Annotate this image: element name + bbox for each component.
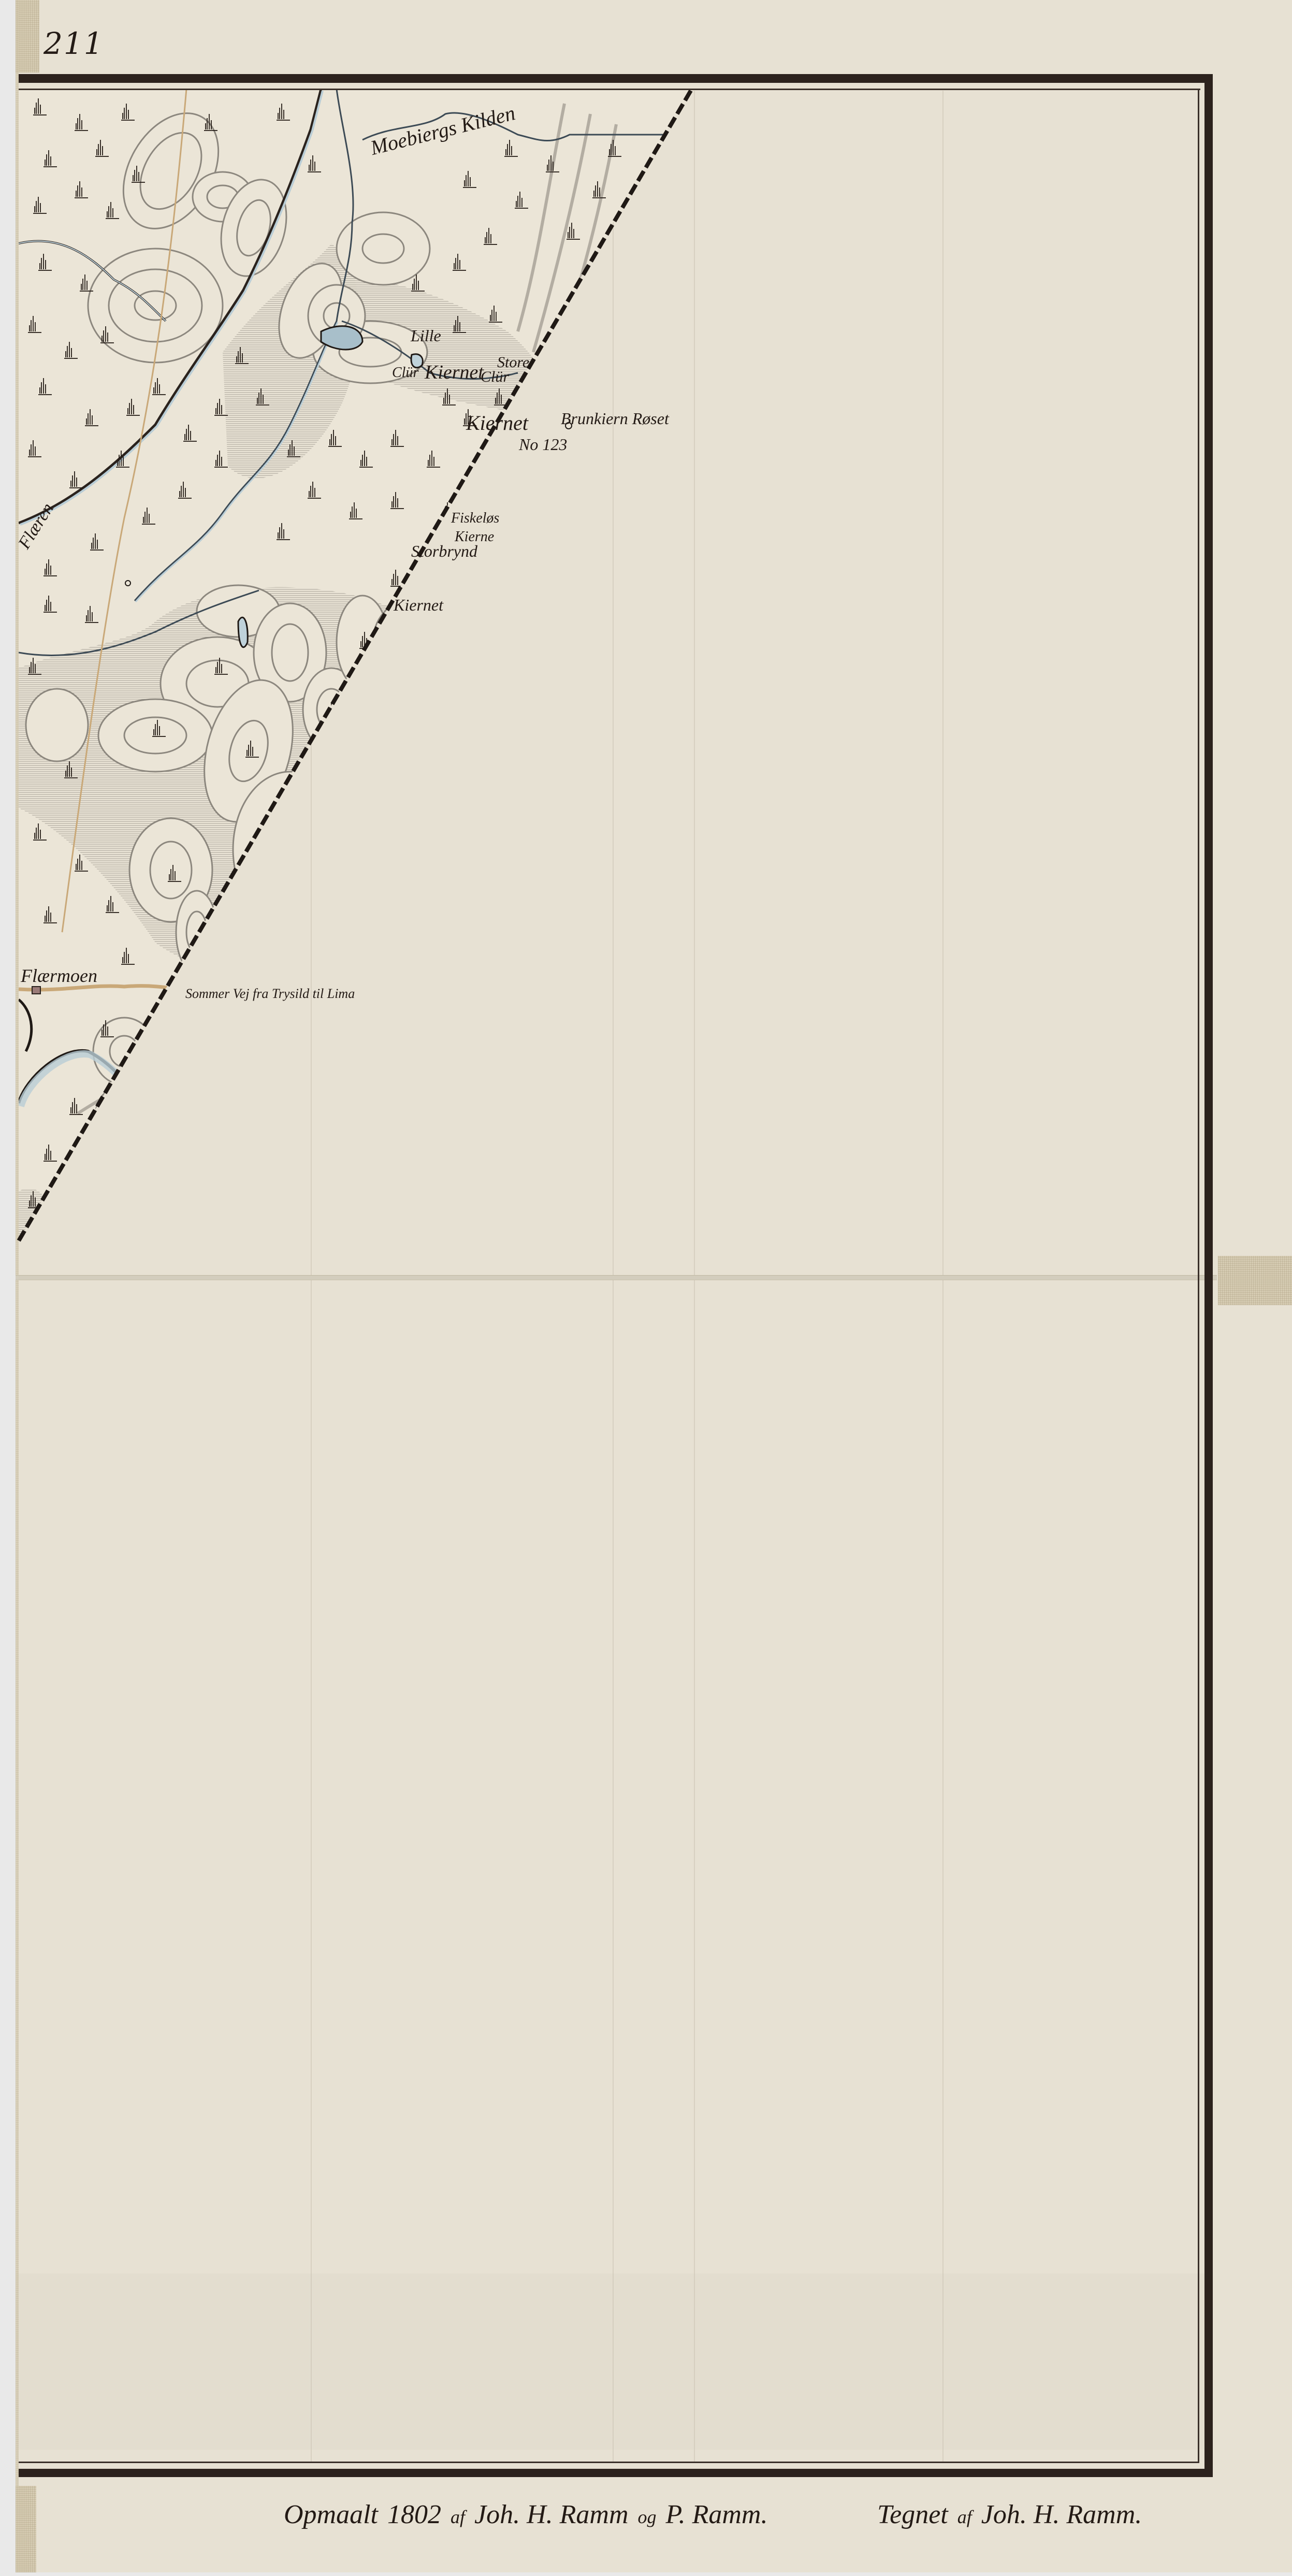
- frame-top-thick: [19, 74, 1213, 83]
- label-flaermoen: Flærmoen: [21, 966, 97, 985]
- credit-surveyed-by: af: [451, 2507, 465, 2527]
- label-kiernet-2: Kiernet: [466, 413, 528, 433]
- label-boundary-marker: Brunkiern Røset: [561, 410, 669, 427]
- credit-drawn-name: Joh. H. Ramm.: [981, 2500, 1142, 2529]
- frame-top-thin: [19, 89, 1200, 90]
- credit-drawn: TegnetafJoh. H. Ramm.: [877, 2499, 1151, 2530]
- label-marker-number: No 123: [519, 436, 567, 453]
- credit-surveyed-name2: P. Ramm.: [666, 2500, 768, 2529]
- label-lille: Lille: [411, 327, 441, 344]
- label-clur-2: Clür: [481, 369, 509, 385]
- credit-surveyed-prefix: Opmaalt: [284, 2500, 378, 2529]
- credit-surveyed: Opmaalt1802afJoh. H. RammogP. Ramm.: [284, 2499, 777, 2530]
- label-summer-road: Sommer Vej fra Trysild til Lima: [185, 987, 355, 1001]
- credit-surveyed-and: og: [638, 2507, 657, 2527]
- label-fiskelos: Fiskeløs: [451, 511, 499, 526]
- credit-surveyed-year: 1802: [387, 2500, 441, 2529]
- credit-drawn-by: af: [957, 2507, 972, 2527]
- label-kiernet: Kiernet: [425, 363, 484, 382]
- frame-bottom-thick: [19, 2469, 1213, 2477]
- frame-right-thin: [1198, 89, 1199, 2463]
- topographic-map: [0, 0, 1292, 2576]
- frame-bottom-thin: [19, 2462, 1199, 2463]
- farm-building: [32, 987, 40, 994]
- label-storbrynd: Storbrynd: [411, 543, 477, 559]
- frame-right-thick: [1204, 74, 1213, 2477]
- label-kiernet-3: Kiernet: [394, 597, 443, 613]
- credit-surveyed-name1: Joh. H. Ramm: [474, 2500, 629, 2529]
- credit-drawn-prefix: Tegnet: [877, 2500, 948, 2529]
- label-clur: Clür: [392, 366, 418, 380]
